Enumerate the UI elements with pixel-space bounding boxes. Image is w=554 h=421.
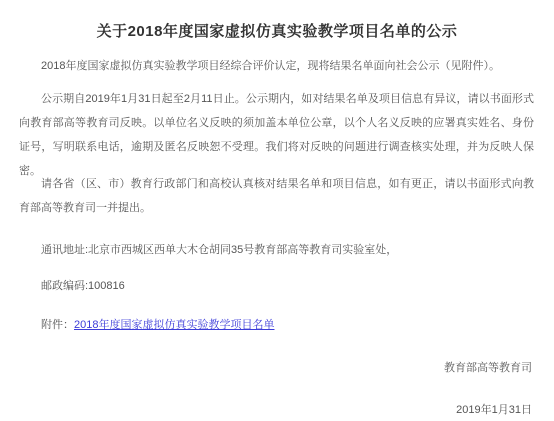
- attachment-row: 附件：2018年度国家虚拟仿真实验教学项目名单: [19, 313, 534, 337]
- postal-code: 邮政编码:100816: [19, 274, 534, 298]
- body-paragraph-intro: 2018年度国家虚拟仿真实验教学项目经综合评价认定，现将结果名单面向社会公示（见…: [19, 54, 534, 78]
- body-paragraph-verification: 请各省（区、市）教育行政部门和高校认真核对结果名单和项目信息，如有更正，请以书面…: [19, 172, 534, 220]
- contact-address: 通讯地址:北京市西城区西单大木仓胡同35号教育部高等教育司实验室处，: [19, 238, 534, 262]
- attachment-label: 附件：: [41, 319, 74, 331]
- announcement-page: 关于2018年度国家虚拟仿真实验教学项目名单的公示 2018年度国家虚拟仿真实验…: [0, 0, 554, 421]
- issue-date: 2019年1月31日: [19, 398, 532, 421]
- issuer-signature: 教育部高等教育司: [19, 356, 532, 380]
- page-title: 关于2018年度国家虚拟仿真实验教学项目名单的公示: [0, 21, 554, 42]
- attachment-link[interactable]: 2018年度国家虚拟仿真实验教学项目名单: [74, 319, 274, 331]
- body-paragraph-publicity-period: 公示期自2019年1月31日起至2月11日止。公示期内，如对结果名单及项目信息有…: [19, 87, 534, 183]
